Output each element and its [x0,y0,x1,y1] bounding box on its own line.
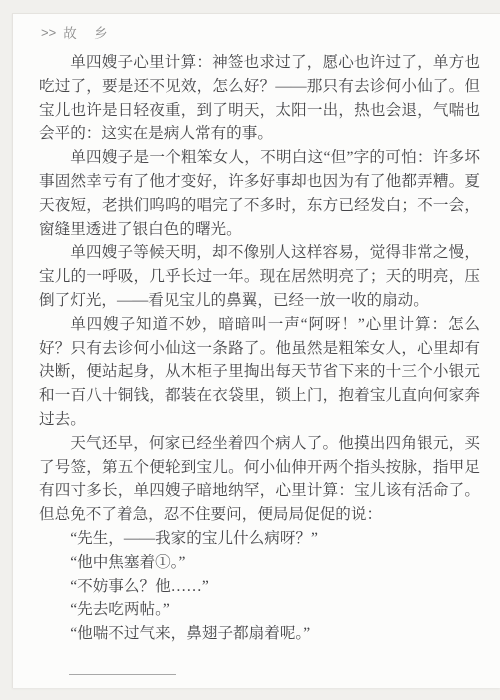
dialogue-line: “先生，——我家的宝儿什么病呀？” [39,527,480,551]
dialogue-line: “他喘不过气来，鼻翅子都扇着呢。” [39,622,480,646]
paragraph: 单四嫂子心里计算：神签也求过了，愿心也许过了，单方也吃过了，要是还不见效，怎么好… [39,51,480,146]
chapter-marker-icon: >> [41,25,56,40]
paragraph: 单四嫂子知道不妙，暗暗叫一声“阿呀！”心里计算：怎么好？只有去诊何小仙这一条路了… [39,313,480,432]
paragraph: 天气还早，何家已经坐着四个病人了。他摸出四角银元，买了号签，第五个便轮到宝儿。何… [39,432,480,527]
dialogue-line: “不妨事么？他……” [39,575,480,599]
footnote-divider [69,674,176,675]
chapter-header: >> 故 乡 [41,22,110,42]
paragraph: 单四嫂子等候天明，却不像别人这样容易，觉得非常之慢，宝儿的一呼吸，几乎长过一年。… [39,241,480,312]
paragraph: 单四嫂子是一个粗笨女人，不明白这“但”字的可怕：许多坏事固然幸亏有了他才变好，许… [39,146,480,241]
dialogue-line: “他中焦塞着①。” [39,551,480,575]
dialogue-line: “先去吃两帖。” [39,598,480,622]
page-text: 单四嫂子心里计算：神签也求过了，愿心也许过了，单方也吃过了，要是还不见效，怎么好… [39,51,480,646]
book-page: >> 故 乡 单四嫂子心里计算：神签也求过了，愿心也许过了，单方也吃过了，要是还… [12,13,500,688]
viewer-background: { "colors": { "viewer_bg": "#f1f0ed", "p… [0,0,500,700]
chapter-title: 故 乡 [63,22,110,42]
